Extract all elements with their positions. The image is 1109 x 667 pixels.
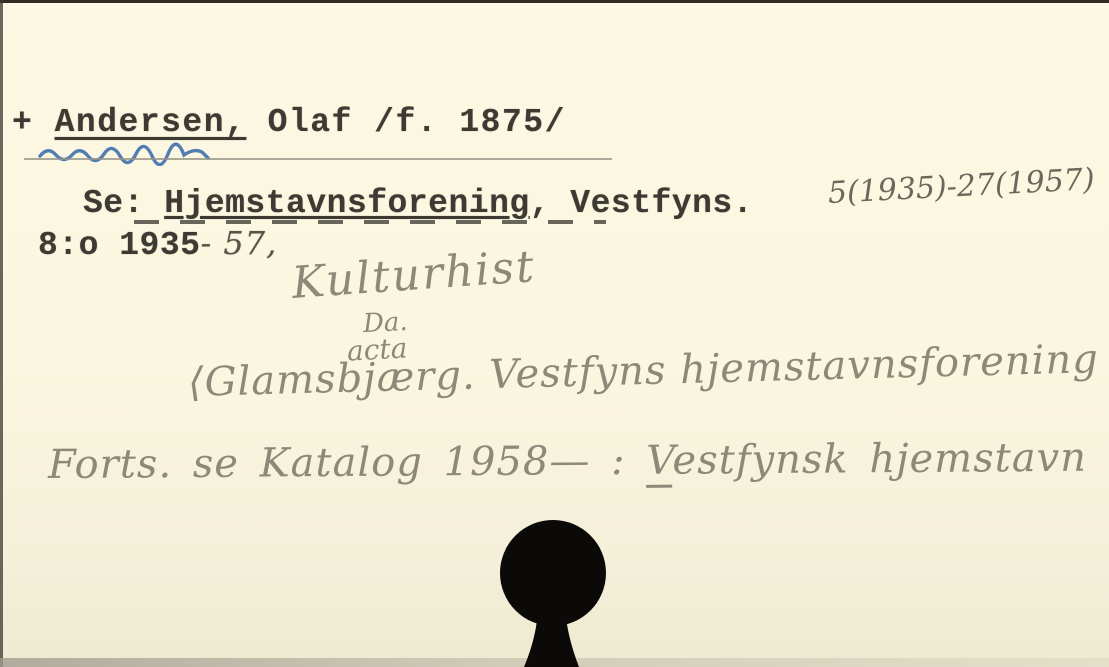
format-handwritten: - 57, (200, 224, 277, 262)
heading-name: Andersen, (55, 104, 247, 141)
reference-prefix: Se: (83, 185, 164, 222)
continuation-note: Forts. se Katalog 1958— : Vestfynsk hjem… (48, 435, 1087, 488)
reference-title: Hjemstavnsforening (164, 185, 529, 222)
wavy-underline (36, 142, 214, 166)
classification-line-1: Kulturhist (290, 241, 537, 309)
format-typed: 8:o 1935 (38, 227, 200, 264)
heading-line: + Andersen, Olaf /f. 1875/ (12, 104, 566, 141)
format-line: 8:o 1935- 57, (38, 224, 277, 264)
reference-line: Se: Hjemstavnsforening, Vestfyns. (83, 185, 753, 222)
heading-rest: Olaf /f. 1875/ (246, 104, 566, 141)
scan-edge-top (0, 0, 1109, 3)
scan-edge-left (0, 0, 3, 667)
heading-rule (24, 158, 612, 160)
catalog-card: + Andersen, Olaf /f. 1875/ Se: Hjemstavn… (0, 0, 1109, 667)
reference-suffix: , Vestfyns. (530, 185, 753, 222)
punch-hole (470, 516, 640, 667)
continuation-prefix: Forts. se Katalog 1958— : (48, 438, 647, 488)
continuation-rest: estfynsk hjemstavn (672, 435, 1087, 484)
holdings-note: 5(1935)-27(1957) (827, 162, 1095, 211)
continuation-underlined-letter: V (646, 438, 673, 488)
society-note: ⟨Glamsbjærg. Vestfyns hjemstavnsforening… (187, 335, 1109, 406)
heading-prefix: + (12, 104, 55, 141)
